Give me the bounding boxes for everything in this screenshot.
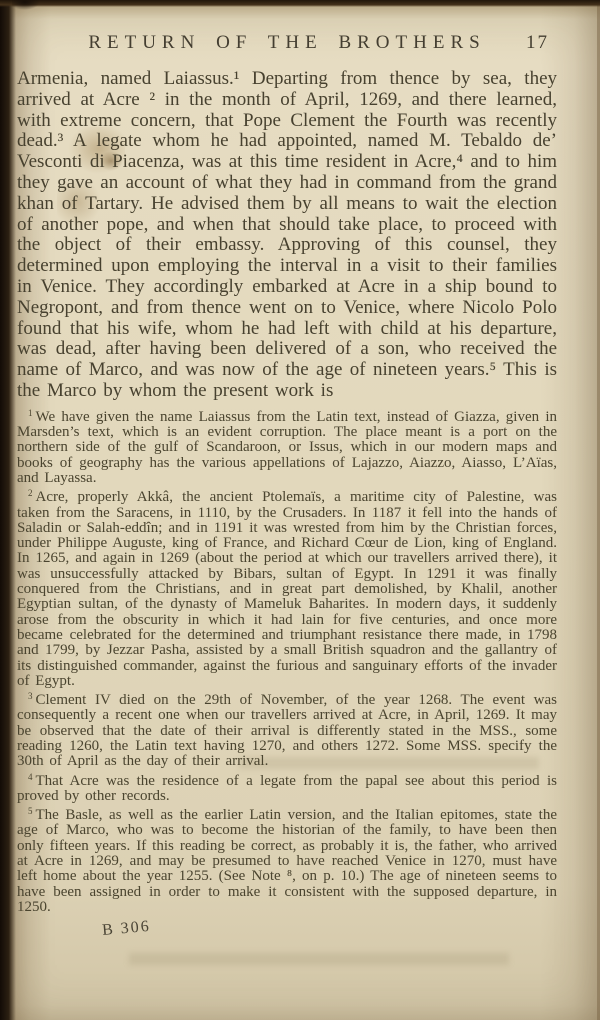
footnote-text: We have given the name Laiassus from the… [17, 409, 557, 486]
page-content: RETURN OF THE BROTHERS 17 Armenia, named… [17, 5, 557, 940]
footnote: 5The Basle, as well as the earlier Latin… [17, 804, 557, 915]
corner-ink-mark [12, 0, 40, 10]
footnote-marker: 5 [28, 806, 33, 816]
footnote-marker: 2 [28, 488, 33, 498]
book-page-scan: RETURN OF THE BROTHERS 17 Armenia, named… [0, 0, 600, 1020]
footnotes-section: 1We have given the name Laiassus from th… [17, 406, 557, 916]
page-top-edge-shadow [0, 0, 600, 7]
footnote-marker: 1 [28, 408, 33, 418]
footnote: 1We have given the name Laiassus from th… [17, 406, 557, 486]
page-number: 17 [526, 32, 549, 54]
footnote-marker: 4 [28, 772, 33, 782]
footnote: 2Acre, properly Akkâ, the ancient Ptolem… [17, 486, 557, 689]
footnote-marker: 3 [28, 691, 33, 701]
footnote: 4That Acre was the residence of a legate… [17, 770, 557, 805]
footnote-text: The Basle, as well as the earlier Latin … [17, 807, 557, 915]
running-head: RETURN OF THE BROTHERS 17 [17, 32, 557, 54]
book-spine-shadow [0, 0, 16, 1020]
printer-signature-mark: B 306 [101, 918, 151, 940]
running-head-title: RETURN OF THE BROTHERS [88, 32, 485, 53]
book-page: RETURN OF THE BROTHERS 17 Armenia, named… [9, 5, 600, 1020]
body-paragraph: Armenia, named Laiassus.¹ Departing from… [17, 69, 557, 402]
footnote-text: Clement IV died on the 29th of November,… [17, 692, 557, 769]
ink-show-through [129, 953, 509, 965]
footnote-text: That Acre was the residence of a legate … [17, 773, 557, 804]
footnote-text: Acre, properly Akkâ, the ancient Ptolema… [17, 489, 557, 689]
footnote: 3Clement IV died on the 29th of November… [17, 689, 557, 769]
